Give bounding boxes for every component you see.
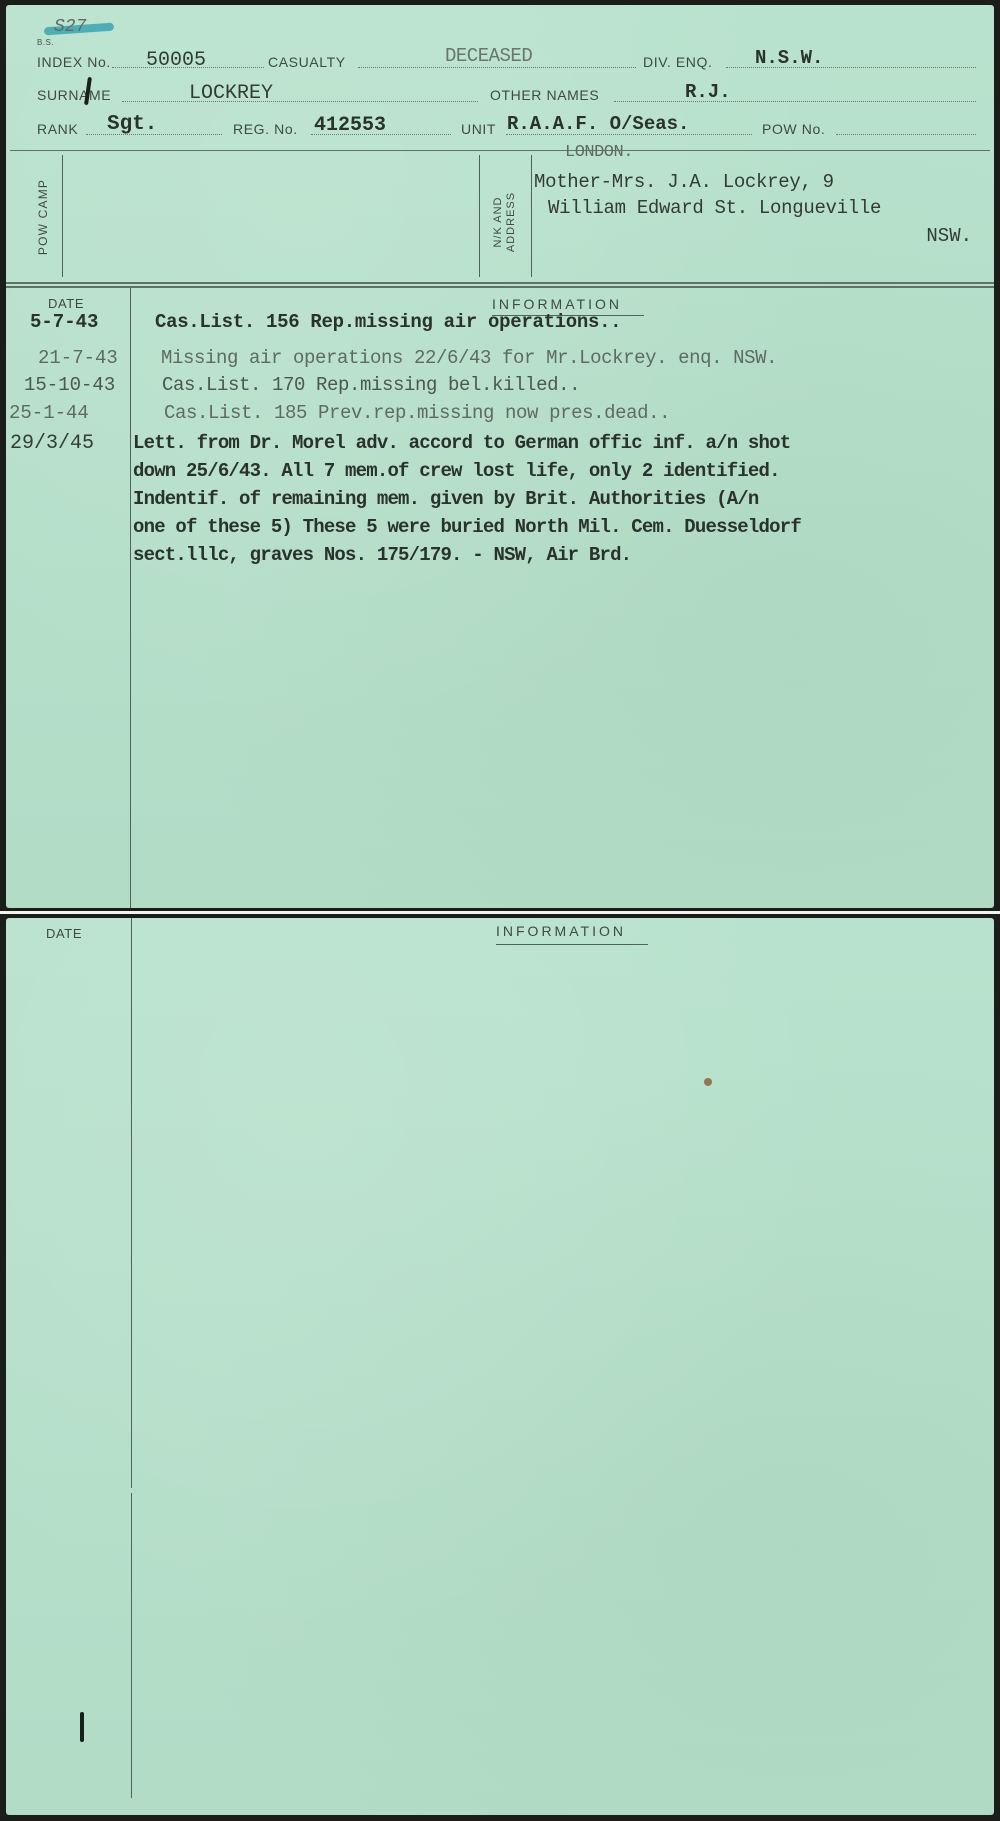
log-date: 5-7-43 [30,311,98,333]
record-card-back: DATE INFORMATION [6,918,994,1815]
information-underline [496,944,648,945]
log-entry-text: one of these 5) These 5 were buried Nort… [133,516,801,538]
card-separator [0,911,1000,914]
log-entry-text: Cas.List. 185 Prev.rep.missing now pres.… [164,402,670,424]
form-code: B.S. [37,38,54,47]
log-entry-text: Cas.List. 170 Rep.missing bel.killed.. [162,374,580,396]
information-header: INFORMATION [492,296,622,312]
pow-camp-label: POW CAMP [36,172,50,262]
pow-camp-divider [62,155,63,277]
record-card-front: S27 B.S. INDEX No. 50005 CASUALTY DECEAS… [6,5,994,908]
log-entry-text: Indentif. of remaining mem. given by Bri… [133,488,759,510]
div-enq-value: N.S.W. [755,47,823,69]
handwritten-mark: S27 [54,17,86,37]
log-entry-text: Missing air operations 22/6/43 for Mr.Lo… [161,347,777,369]
surname-value: LOCKREY [189,82,273,105]
pow-no-label: POW No. [762,121,825,137]
stain-spot [704,1078,712,1086]
nk-address-line: NSW. [926,225,972,247]
log-date: 21-7-43 [38,347,118,369]
log-entry-text: Lett. from Dr. Morel adv. accord to Germ… [133,432,790,454]
index-no-value: 50005 [146,49,206,72]
casualty-value: DECEASED [445,45,532,67]
rank-label: RANK [37,121,78,137]
date-header: DATE [48,296,84,311]
nk-left-divider [479,155,480,277]
nk-label-line1: N/K AND [492,182,505,262]
nk-address-line: Mother-Mrs. J.A. Lockrey, 9 [534,171,834,193]
nk-right-divider [531,155,532,277]
log-entry-text: sect.lllc, graves Nos. 175/179. - NSW, A… [133,544,631,566]
reg-no-value: 412553 [314,114,386,137]
casualty-dots [358,67,636,68]
log-entry-text: down 25/6/43. All 7 mem.of crew lost lif… [133,460,780,482]
pow-no-dots [836,134,976,135]
date-column-divider [130,288,131,908]
date-column-divider-lower [131,1493,132,1798]
tack-mark [80,1712,84,1742]
other-names-dots [614,101,976,102]
nk-address-label: N/K AND ADDRESS [492,182,518,262]
log-entry-text: Cas.List. 156 Rep.missing air operations… [155,311,621,333]
date-header: DATE [46,926,82,941]
unit-label: UNIT [461,121,496,137]
reg-no-label: REG. No. [233,121,298,137]
log-date: 15-10-43 [24,374,115,396]
div-enq-label: DIV. ENQ. [643,54,712,70]
index-no-label: INDEX No. [37,54,111,70]
section-divider-bottom [6,286,994,288]
other-names-label: OTHER NAMES [490,87,599,103]
header-divider [10,150,990,151]
surname-label: SURNAME [37,87,111,103]
nk-struck-text: LONDON. [565,143,633,162]
log-date: 29/3/45 [10,432,94,455]
nk-address-line: William Edward St. Longueville [548,197,881,219]
unit-value: R.A.A.F. O/Seas. [507,113,689,135]
rank-value: Sgt. [107,113,157,136]
date-column-divider [131,918,132,1488]
section-divider-top [6,282,994,284]
casualty-label: CASUALTY [268,54,346,70]
log-date: 25-1-44 [9,402,89,424]
surname-dots [122,101,478,102]
information-header: INFORMATION [496,923,626,939]
other-names-value: R.J. [685,81,731,103]
nk-label-line2: ADDRESS [505,182,518,262]
